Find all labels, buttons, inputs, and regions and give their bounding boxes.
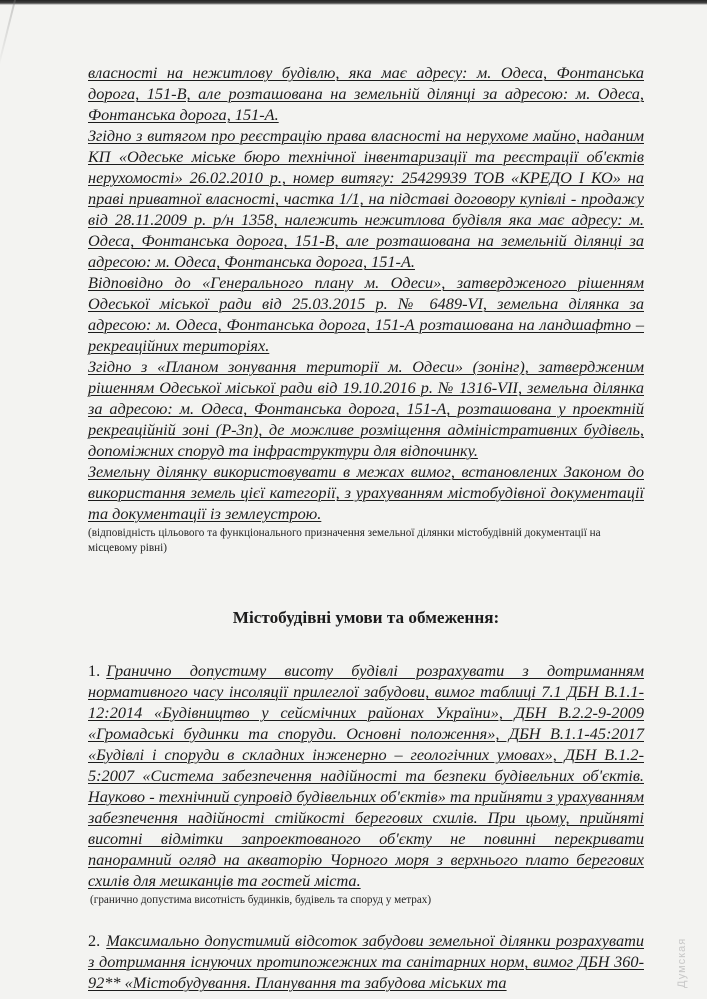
paragraph-zoning-plan: Згідно з «Планом зонування території м. … xyxy=(88,356,644,461)
item-building-coverage: 2.Максимально допустимий відсоток забудо… xyxy=(88,930,644,993)
paragraph-general-plan: Відповідно до «Генерального плану м. Оде… xyxy=(88,272,644,356)
paragraph-text: власності на нежитлову будівлю, яка має … xyxy=(88,63,644,124)
item-building-height: 1.Гранично допустиму висоту будівлі розр… xyxy=(88,660,644,891)
item-text: Гранично допустиму висоту будівлі розрах… xyxy=(88,661,644,890)
paragraph-registry-extract: Згідно з витягом про реєстрацію права вл… xyxy=(88,125,644,272)
paragraph-text: Згідно з «Планом зонування території м. … xyxy=(88,357,644,460)
note-max-height: (гранично допустима висотність будинків,… xyxy=(88,893,644,908)
section-heading: Містобудівні умови та обмеження: xyxy=(88,608,644,628)
document-page: власності на нежитлову будівлю, яка має … xyxy=(88,62,644,993)
scan-top-edge xyxy=(0,0,707,5)
paragraph-land-use: Земельну ділянку використовувати в межах… xyxy=(88,461,644,524)
note-purpose-compliance: (відповідність цільового та функціональн… xyxy=(88,526,644,556)
paragraph-text: Згідно з витягом про реєстрацію права вл… xyxy=(88,126,644,271)
item-number: 1. xyxy=(88,661,100,680)
paragraph-text: Відповідно до «Генерального плану м. Оде… xyxy=(88,273,644,355)
paragraph-text: Земельну ділянку використовувати в межах… xyxy=(88,462,644,523)
item-text: Максимально допустимий відсоток забудови… xyxy=(88,931,644,992)
page-fold-shadow xyxy=(0,0,16,70)
paragraph-ownership-address: власності на нежитлову будівлю, яка має … xyxy=(88,62,644,125)
watermark-logo: Думская xyxy=(676,908,696,988)
item-number: 2. xyxy=(88,931,100,950)
